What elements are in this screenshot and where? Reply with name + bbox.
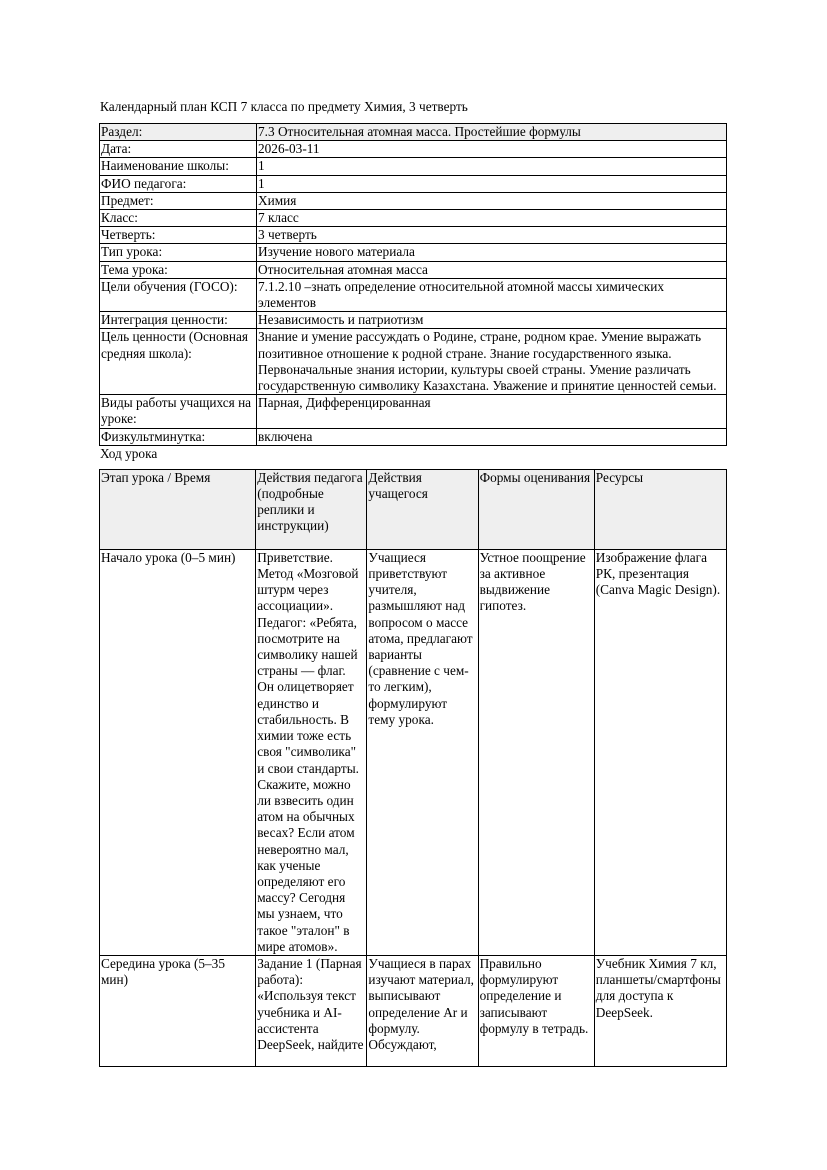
info-row: Раздел:7.3 Относительная атомная масса. … — [100, 124, 727, 141]
info-value: Относительная атомная масса — [257, 261, 727, 278]
info-value: 7 класс — [257, 210, 727, 227]
info-value: Знание и умение рассуждать о Родине, стр… — [257, 329, 727, 395]
info-row: Цель ценности (Основная средняя школа):З… — [100, 329, 727, 395]
section-title: Ход урока — [100, 446, 727, 462]
document-page: Календарный план КСП 7 класса по предмет… — [99, 99, 727, 1067]
plan-cell: Задание 1 (Парная работа): «Используя те… — [256, 955, 367, 1066]
info-value: 7.3 Относительная атомная масса. Простей… — [257, 124, 727, 141]
info-label: ФИО педагога: — [100, 175, 257, 192]
info-label: Четверть: — [100, 227, 257, 244]
column-header: Этап урока / Время — [100, 469, 256, 549]
plan-header-row: Этап урока / ВремяДействия педагога (под… — [100, 469, 727, 549]
info-value: 3 четверть — [257, 227, 727, 244]
info-value: включена — [257, 428, 727, 445]
info-row: Класс:7 класс — [100, 210, 727, 227]
plan-row: Середина урока (5–35 мин)Задание 1 (Парн… — [100, 955, 727, 1066]
lesson-info-table: Раздел:7.3 Относительная атомная масса. … — [99, 123, 727, 446]
info-row: Физкультминутка:включена — [100, 428, 727, 445]
plan-cell: Учащиеся в парах изучают материал, выпис… — [367, 955, 478, 1066]
info-row: Наименование школы:1 — [100, 158, 727, 175]
info-row: Цели обучения (ГОСО):7.1.2.10 –знать опр… — [100, 278, 727, 311]
info-row: Тема урока:Относительная атомная масса — [100, 261, 727, 278]
info-label: Тип урока: — [100, 244, 257, 261]
plan-cell: Устное поощрение за активное выдвижение … — [478, 549, 594, 955]
plan-cell: Приветствие. Метод «Мозговой штурм через… — [256, 549, 367, 955]
info-label: Класс: — [100, 210, 257, 227]
info-row: Виды работы учащихся на уроке:Парная, Ди… — [100, 395, 727, 428]
plan-cell: Середина урока (5–35 мин) — [100, 955, 256, 1066]
info-row: Четверть:3 четверть — [100, 227, 727, 244]
column-header: Формы оценивания — [478, 469, 594, 549]
info-label: Раздел: — [100, 124, 257, 141]
info-value: Независимость и патриотизм — [257, 312, 727, 329]
info-row: Предмет:Химия — [100, 192, 727, 209]
info-label: Цель ценности (Основная средняя школа): — [100, 329, 257, 395]
plan-cell: Правильно формулируют определение и запи… — [478, 955, 594, 1066]
column-header: Ресурсы — [594, 469, 726, 549]
info-row: Интеграция ценности:Независимость и патр… — [100, 312, 727, 329]
column-header: Действия учащегося — [367, 469, 478, 549]
info-value: Парная, Дифференцированная — [257, 395, 727, 428]
info-value: 7.1.2.10 –знать определение относительно… — [257, 278, 727, 311]
document-title: Календарный план КСП 7 класса по предмет… — [100, 99, 727, 115]
info-label: Цели обучения (ГОСО): — [100, 278, 257, 311]
info-label: Физкультминутка: — [100, 428, 257, 445]
info-value: Химия — [257, 192, 727, 209]
lesson-plan-table: Этап урока / ВремяДействия педагога (под… — [99, 469, 727, 1067]
info-value: Изучение нового материала — [257, 244, 727, 261]
info-label: Наименование школы: — [100, 158, 257, 175]
plan-cell: Изображение флага РК, презентация (Canva… — [594, 549, 726, 955]
column-header: Действия педагога (подробные реплики и и… — [256, 469, 367, 549]
info-label: Виды работы учащихся на уроке: — [100, 395, 257, 428]
info-row: ФИО педагога:1 — [100, 175, 727, 192]
plan-row: Начало урока (0–5 мин)Приветствие. Метод… — [100, 549, 727, 955]
plan-cell: Учащиеся приветствуют учителя, размышляю… — [367, 549, 478, 955]
info-label: Дата: — [100, 141, 257, 158]
info-value: 1 — [257, 175, 727, 192]
info-row: Дата:2026-03-11 — [100, 141, 727, 158]
info-row: Тип урока:Изучение нового материала — [100, 244, 727, 261]
info-value: 1 — [257, 158, 727, 175]
plan-cell: Начало урока (0–5 мин) — [100, 549, 256, 955]
info-label: Интеграция ценности: — [100, 312, 257, 329]
info-value: 2026-03-11 — [257, 141, 727, 158]
plan-cell: Учебник Химия 7 кл, планшеты/смартфоны д… — [594, 955, 726, 1066]
info-label: Тема урока: — [100, 261, 257, 278]
info-label: Предмет: — [100, 192, 257, 209]
